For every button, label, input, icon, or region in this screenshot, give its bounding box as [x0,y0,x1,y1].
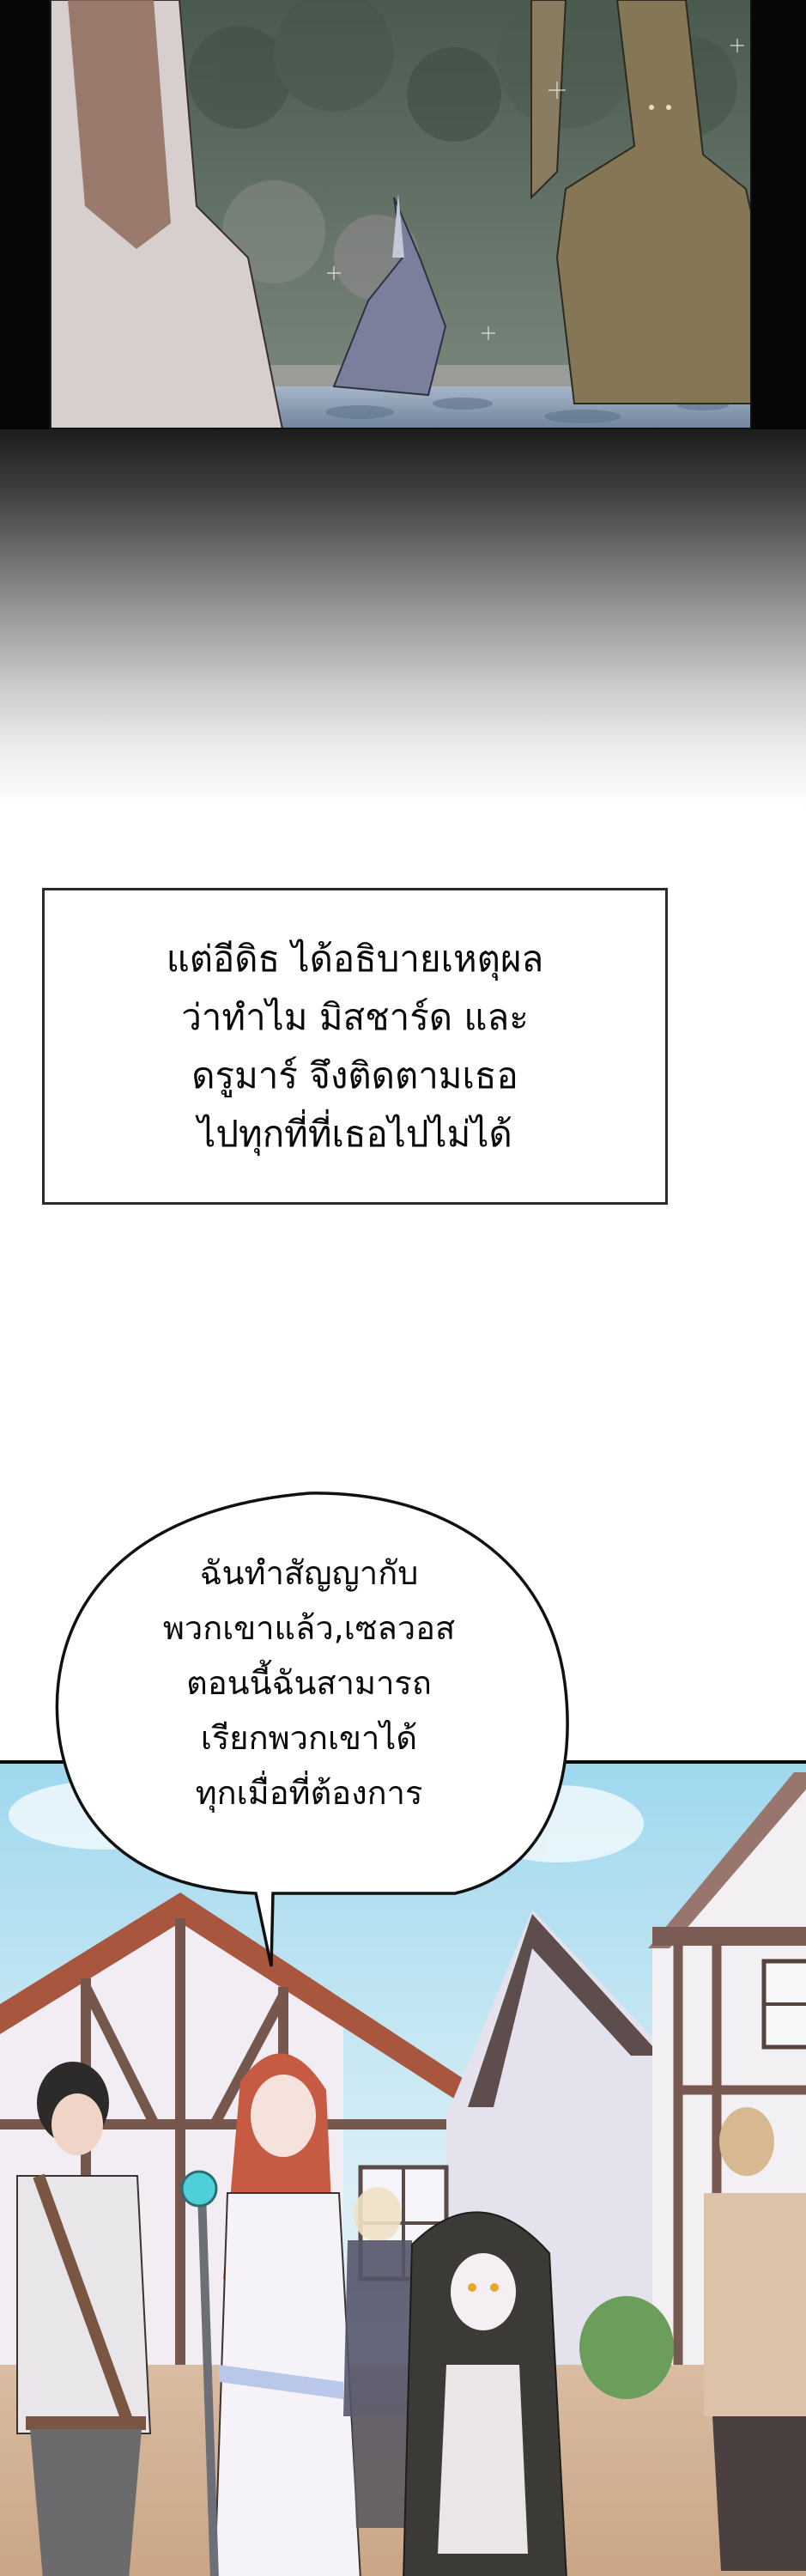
dark-to-white-gradient [0,429,806,807]
bubble-line: เรียกพวกเขาได้ [82,1710,536,1765]
narration-line: ว่าทำไม มิสชาร์ด และ [181,988,529,1047]
white-haired-hooded-girl [403,2212,567,2576]
narration-line: ดรูมาร์ จึงติดตามเธอ [191,1047,518,1105]
panel-garden-pond [49,0,752,429]
panel-1-artwork [51,0,752,429]
narration-box: แต่อีดิธ ได้อธิบายเหตุผล ว่าทำไม มิสชาร์… [42,888,668,1205]
bubble-line: ทุกเมื่อที่ต้องการ [82,1765,536,1820]
bubble-line: ฉันทำสัญญากับ [82,1546,536,1601]
bush [579,2296,674,2399]
narration-line: แต่อีดิธ ได้อธิบายเหตุผล [167,930,544,988]
staff-orb [182,2172,216,2206]
narration-line: ไปทุกที่ที่เธอไปไม่ได้ [197,1105,512,1163]
bubble-line: พวกเขาแล้ว,เซลวอส [82,1601,536,1656]
bubble-line: ตอนนี้ฉันสามารถ [82,1656,536,1710]
speech-bubble-text: ฉันทำสัญญากับ พวกเขาแล้ว,เซลวอส ตอนนี้ฉั… [82,1546,536,1820]
